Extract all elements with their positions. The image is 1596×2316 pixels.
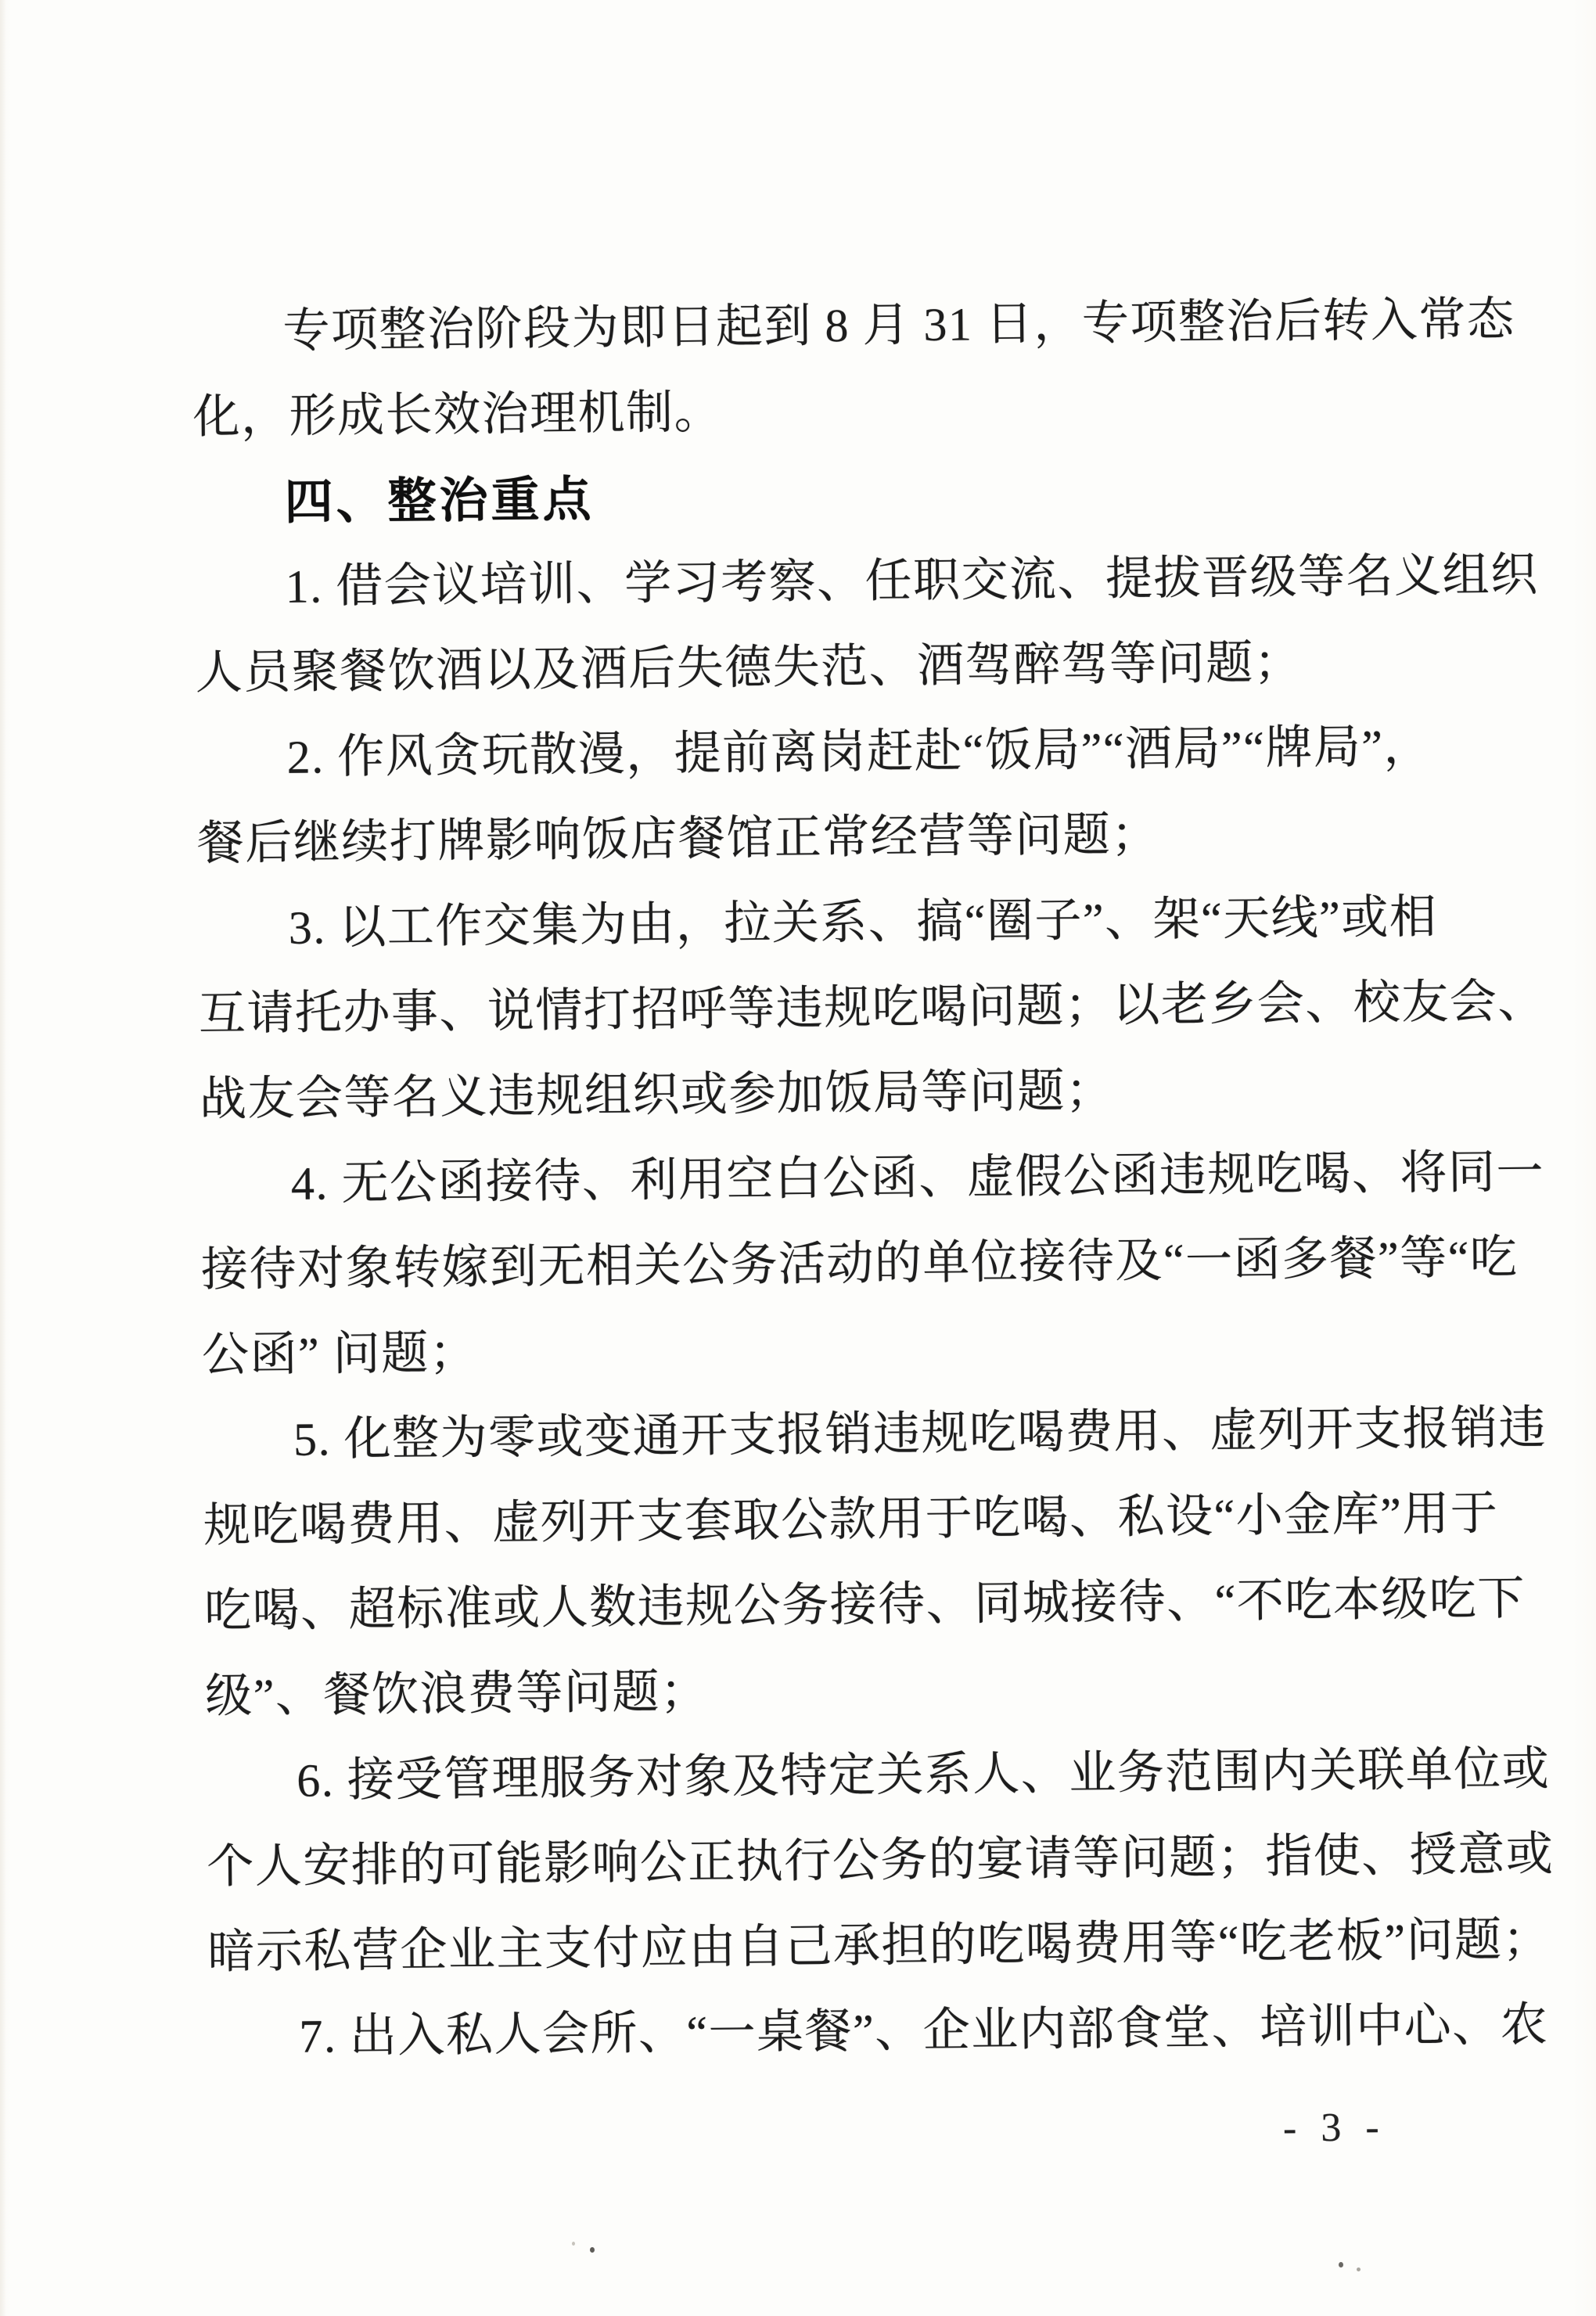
paragraph-item-1: 1. 借会议培训、学习考察、任职交流、提拔晋级等名义组织人员聚餐饮酒以及酒后失德… xyxy=(194,533,1526,716)
scan-speck xyxy=(572,2242,575,2246)
text-line: 个人安排的可能影响公正执行公务的宴请等问题；指使、授意或 xyxy=(207,1812,1537,1910)
text-line: 餐后继续打牌影响饭店餐馆正常经营等问题； xyxy=(196,789,1527,886)
text-line: 6. 接受管理服务对象及特定关系人、业务范围内关联单位或 xyxy=(206,1727,1537,1825)
section-heading: 四、整治重点 xyxy=(193,448,1524,545)
scan-speck xyxy=(590,2247,595,2253)
paragraph-heading-section-4: 四、整治重点 xyxy=(193,448,1524,545)
paragraph-item-2: 2. 作风贪玩散漫，提前离岗赶赴“饭局”“酒局”“牌局”，餐后继续打牌影响饭店餐… xyxy=(196,703,1527,886)
document-body: 专项整治阶段为即日起到 8 月 31 日，专项整治后转入常态化，形成长效治理机制… xyxy=(192,277,1539,2080)
scan-speck xyxy=(1357,2267,1361,2271)
page-number: - 3 - xyxy=(1283,2104,1386,2152)
scan-speck xyxy=(1339,2262,1343,2267)
scanned-page: 专项整治阶段为即日起到 8 月 31 日，专项整治后转入常态化，形成长效治理机制… xyxy=(0,0,1596,2316)
text-line: 接待对象转嫁到无相关公务活动的单位接待及“一函多餐”等“吃 xyxy=(201,1215,1532,1313)
text-line: 人员聚餐饮酒以及酒后失德失范、酒驾醉驾等问题； xyxy=(195,618,1526,716)
text-line: 级”、餐饮浪费等问题； xyxy=(205,1642,1536,1739)
text-line: 2. 作风贪玩散漫，提前离岗赶赴“饭局”“酒局”“牌局”， xyxy=(196,703,1526,801)
paragraph-item-5: 5. 化整为零或变通开支报销违规吃喝费用、虚列开支报销违规吃喝费用、虚列开支套取… xyxy=(203,1386,1536,1739)
paragraph-item-4: 4. 无公函接待、利用空白公函、虚假公函违规吃喝、将同一接待对象转嫁到无相关公务… xyxy=(199,1130,1532,1398)
paragraph-item-6: 6. 接受管理服务对象及特定关系人、业务范围内关联单位或个人安排的可能影响公正执… xyxy=(206,1727,1538,1995)
text-line: 暗示私营企业主支付应由自己承担的吃喝费用等“吃老板”问题； xyxy=(207,1897,1538,1995)
text-line: 公函” 问题； xyxy=(202,1300,1533,1398)
text-line: 吃喝、超标准或人数违规公务接待、同城接待、“不吃本级吃下 xyxy=(204,1556,1535,1654)
text-line: 5. 化整为零或变通开支报销违规吃喝费用、虚列开支报销违 xyxy=(203,1386,1533,1483)
paragraph-item-3: 3. 以工作交集为由，拉关系、搞“圈子”、架“天线”或相互请托办事、说情打招呼等… xyxy=(197,874,1529,1142)
text-line: 互请托办事、说情打招呼等违规吃喝问题；以老乡会、校友会、 xyxy=(198,959,1529,1057)
text-line: 1. 借会议培训、学习考察、任职交流、提拔晋级等名义组织 xyxy=(194,533,1525,631)
text-line: 化，形成长效治理机制。 xyxy=(192,362,1523,460)
text-line: 规吃喝费用、虚列开支套取公款用于吃喝、私设“小金库”用于 xyxy=(203,1471,1534,1569)
scan-edge-shadow xyxy=(0,0,6,2316)
text-line: 3. 以工作交集为由，拉关系、搞“圈子”、架“天线”或相 xyxy=(197,874,1528,972)
paragraph-intro: 专项整治阶段为即日起到 8 月 31 日，专项整治后转入常态化，形成长效治理机制… xyxy=(192,277,1523,460)
paragraph-item-7: 7. 出入私人会所、“一桌餐”、企业内部食堂、培训中心、农 xyxy=(208,1983,1539,2080)
text-line: 4. 无公函接待、利用空白公函、虚假公函违规吃喝、将同一 xyxy=(199,1130,1530,1228)
text-line: 7. 出入私人会所、“一桌餐”、企业内部食堂、培训中心、农 xyxy=(208,1983,1539,2080)
text-line: 专项整治阶段为即日起到 8 月 31 日，专项整治后转入常态 xyxy=(192,277,1522,375)
text-line: 战友会等名义违规组织或参加饭局等问题； xyxy=(199,1045,1529,1142)
